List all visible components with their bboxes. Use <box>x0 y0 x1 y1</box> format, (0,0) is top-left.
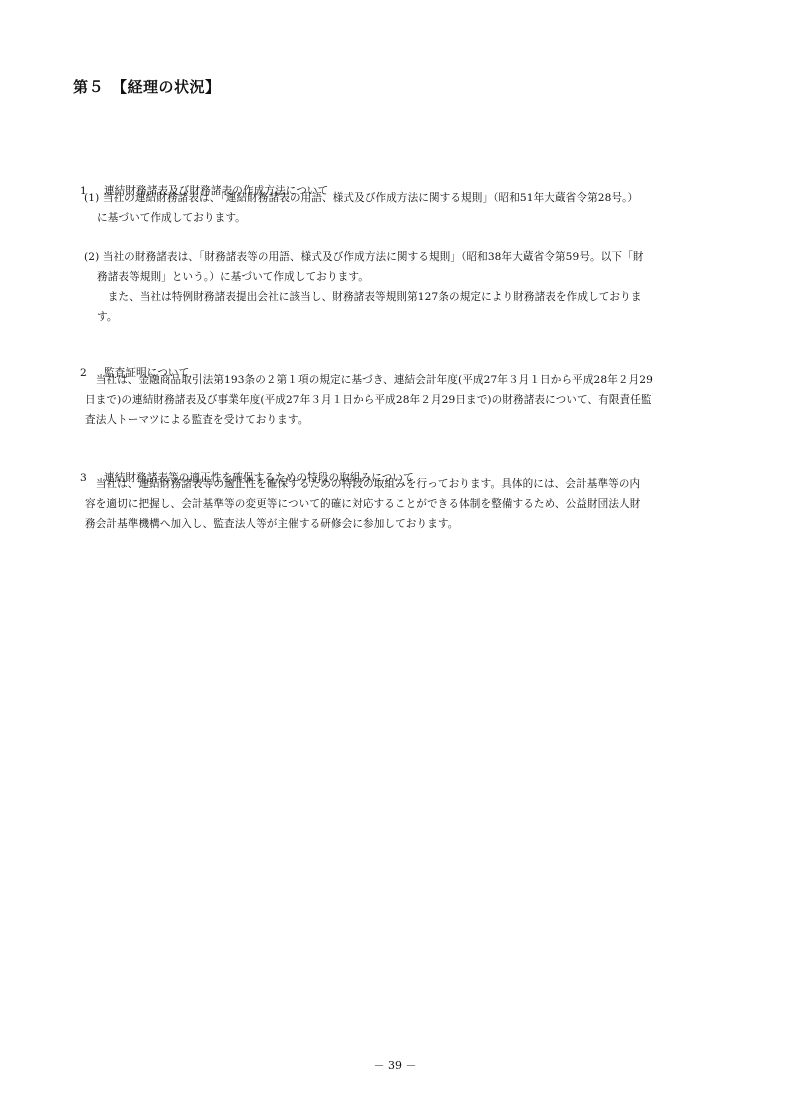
section-1-para-3-line-1: また、当社は特例財務諸表提出会社に該当し、財務諸表等規則第127条の規定により財… <box>97 290 642 304</box>
page-title: 第５ 【経理の状況】 <box>73 76 221 97</box>
section-1-para-2-line-1: (2) 当社の財務諸表は、「財務諸表等の用語、様式及び作成方法に関する規則」（昭… <box>84 250 644 264</box>
section-1-para-3-line-2: す。 <box>97 310 118 324</box>
section-3-line-3: 務会計基準機構へ加入し、監査法人等が主催する研修会に参加しております。 <box>85 517 458 531</box>
section-3-line-2: 容を適切に把握し、会計基準等の変更等について的確に対応することができる体制を整備… <box>85 497 640 511</box>
section-2-line-1: 当社は、金融商品取引法第193条の２第１項の規定に基づき、連結会計年度(平成27… <box>85 373 653 387</box>
section-1-para-2-line-2: 務諸表等規則」という。）に基づいて作成しております。 <box>97 270 369 284</box>
section-2-line-2: 日まで)の連結財務諸表及び事業年度(平成27年３月１日から平成28年２月29日ま… <box>85 393 652 407</box>
page-number: － 39 － <box>0 1057 790 1073</box>
section-3-line-1: 当社は、連結財務諸表等の適正性を確保するための特段の取組みを行っております。具体… <box>85 477 640 491</box>
section-2-line-3: 査法人トーマツによる監査を受けております。 <box>85 413 308 427</box>
section-1-para-1-line-1: (1) 当社の連結財務諸表は、「連結財務諸表の用語、様式及び作成方法に関する規則… <box>84 191 638 205</box>
section-1-para-1-line-2: に基づいて作成しております。 <box>97 211 246 225</box>
